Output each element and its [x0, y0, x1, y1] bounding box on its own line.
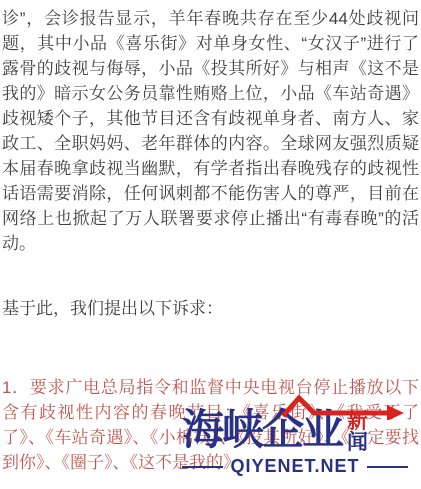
article-body: 诊”，会诊报告显示，羊年春晚共存在至少44处歧视问题，其中小品《喜乐街》对单身女… [0, 0, 421, 475]
article-page: 诊”，会诊报告显示，羊年春晚共存在至少44处歧视问题，其中小品《喜乐街》对单身女… [0, 0, 421, 489]
paragraph-demand-1: 1．要求广电总局指令和监督中央电视台停止播放以下含有歧视性内容的春晚节目：《喜乐… [0, 375, 421, 475]
paragraph-discrimination-report: 诊”，会诊报告显示，羊年春晚共存在至少44处歧视问题，其中小品《喜乐街》对单身女… [0, 0, 421, 256]
paragraph-demands-intro: 基于此，我们提出以下诉求： [0, 296, 421, 321]
